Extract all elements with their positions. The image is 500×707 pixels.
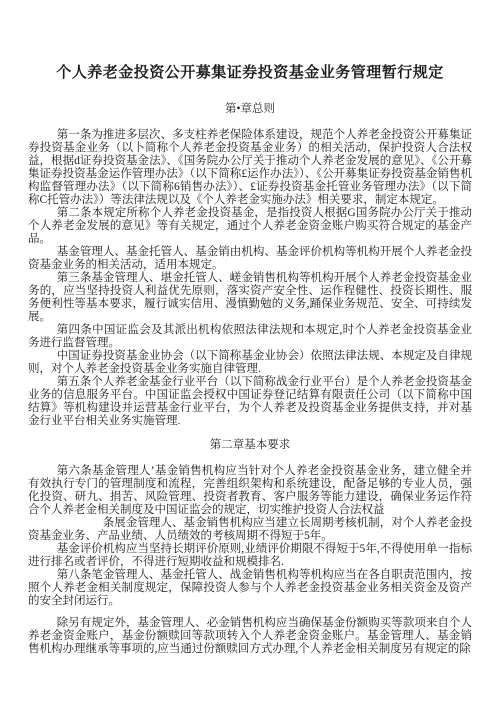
paragraph: 第八条笔金管理人、基金托管人、战金销售机构等机构应当在各自职责范围内，按照个人养… bbox=[28, 569, 472, 608]
paragraph: 第四条中国证监会及其派出机构依照法律法规和本规定,时个人养老金投资基金业务进行监… bbox=[28, 324, 472, 350]
document-body: 第•章总则第一条为推进多层次、多支柱养老保险体系建设，规范个人养老金投资公开募集… bbox=[28, 102, 472, 656]
paragraph: 第六条基金管理人’基金销售机构应当针对个人养老金投资基金业务，建立健全并有效执行… bbox=[28, 465, 472, 517]
paragraph: 除另有规定外，基金管理人、必金销售机构应当确保基金份额购买等款项来自个人养老金资… bbox=[28, 617, 472, 656]
document-title: 个人养老金投资公开募集证券投资基金业务管理暂行规定 bbox=[28, 64, 472, 82]
paragraph: 第三条基金管理人、堪金托管人、嵯金销售机构等机构开展个人养老金投资基金业务的，应… bbox=[28, 272, 472, 324]
paragraph: 第五条个人养老金基金行业平台（以下简称战金行业平台）是个人养老金投资基金业务的信… bbox=[28, 376, 472, 428]
chapter-heading: 第•章总则 bbox=[28, 102, 472, 116]
paragraph: 第一条为推进多层次、多支柱养老保险体系建设，规范个人养老金投资公开募集证券投资基… bbox=[28, 129, 472, 207]
document-page: 个人养老金投资公开募集证券投资基金业务管理暂行规定 第•章总则第一条为推进多层次… bbox=[0, 0, 500, 707]
paragraph: 中国证券投资基金业协会（以下简称基金业协会）依照法律法规、本规定及自律规则，对个… bbox=[28, 350, 472, 376]
paragraph: 第二条本规定所称个人养老金投资基金，是指投资人根据G国务院办公厅关于推动个人养老… bbox=[28, 207, 472, 246]
paragraph: 基金管理人、基金托管人、基金销由机构、基金评价机构等机构开展个人养老金投资基金业… bbox=[28, 246, 472, 272]
chapter-heading: 第二章基本要求 bbox=[28, 438, 472, 452]
paragraph: 条展金管理人、基金销售机构应当建立长周期考核机制，对个人养老金投资基金业务、产品… bbox=[28, 517, 472, 543]
paragraph: 基金评价机构应当坚持长期评价原则,业绩评价期限不得短于5年,不得使用单一指标进行… bbox=[28, 543, 472, 569]
